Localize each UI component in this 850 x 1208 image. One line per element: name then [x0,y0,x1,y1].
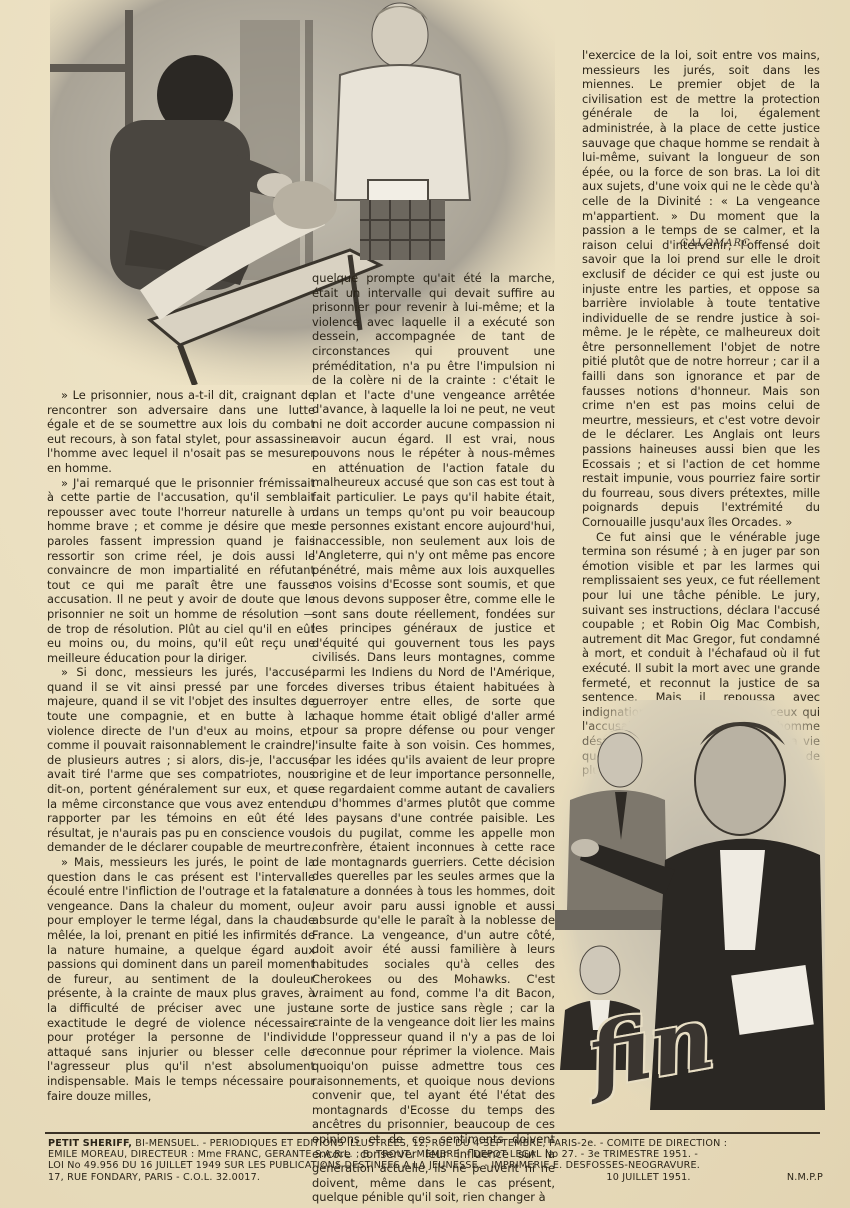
distributor: N.M.P.P [787,1172,823,1183]
paragraph: » J'ai remarqué que le prisonnier frémis… [47,476,315,666]
imprint-line-3: LOI No 49.956 DU 16 JUILLET 1949 SUR LES… [48,1160,823,1171]
paragraph: » Si donc, messieurs les jurés, l'accusé… [47,665,315,855]
paragraph: l'exercice de la loi, soit entre vos mai… [582,48,820,530]
paragraph: quelque prompte qu'ait été la marche, ét… [312,271,555,1205]
end-mark: fin [581,995,719,1101]
imprint-line-1: PETIT SHERIFF, BI-MENSUEL. - PERIODIQUES… [48,1138,823,1149]
publication-name: PETIT SHERIFF, [48,1138,132,1149]
imprint-line-4: 17, RUE FONDARY, PARIS - C.O.L. 32.0017.… [48,1172,823,1183]
imprint-footer: PETIT SHERIFF, BI-MENSUEL. - PERIODIQUES… [48,1138,823,1183]
article-column-1: » Le prisonnier, nous a-t-il dit, craign… [47,388,315,1103]
paragraph: » Le prisonnier, nous a-t-il dit, craign… [47,388,315,476]
issue-date: 10 JUILLET 1951. [606,1172,690,1183]
paragraph: » Mais, messieurs les jurés, le point de… [47,855,315,1103]
footer-divider [45,1132,820,1134]
printer-address: 17, RUE FONDARY, PARIS - C.O.L. 32.0017. [48,1172,260,1183]
article-column-3: l'exercice de la loi, soit entre vos mai… [582,48,820,778]
imprint-line-2: EMILE MOREAU, DIRECTEUR : Mme FRANC, GER… [48,1149,823,1160]
magazine-page: GALOMARC » Le prisonnier, nous a-t-il di… [0,0,850,1208]
article-column-2: quelque prompte qu'ait été la marche, ét… [312,271,555,1205]
